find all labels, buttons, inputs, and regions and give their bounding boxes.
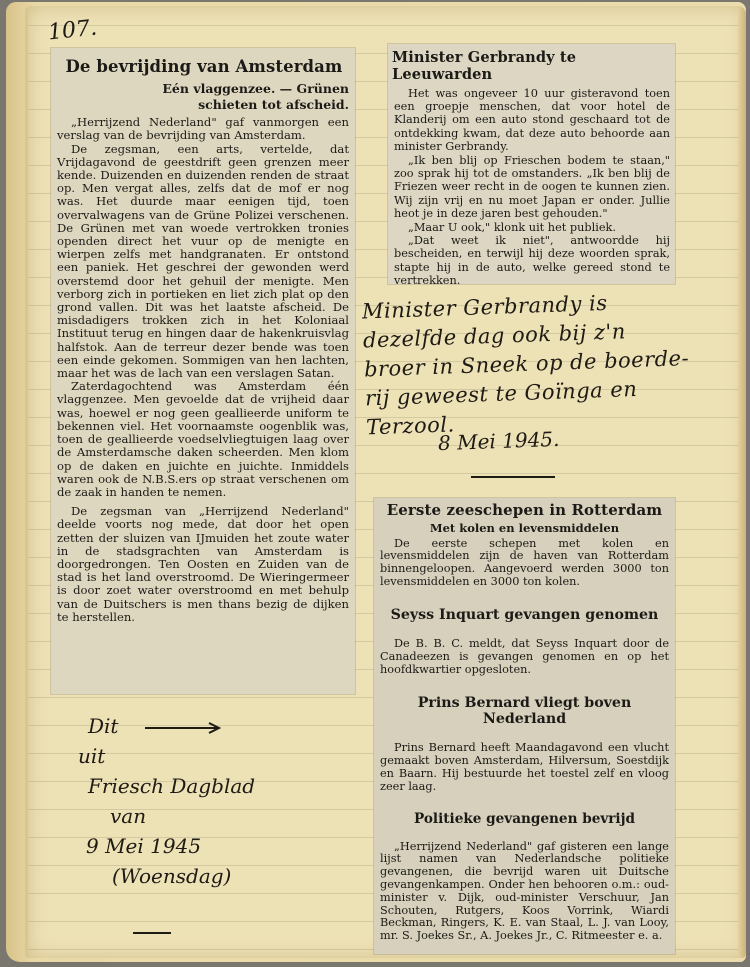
article-title: Seyss Inquart gevangen genomen	[374, 603, 675, 624]
subtitle-line: schieten tot afscheid.	[81, 97, 349, 113]
page-number: 107.	[47, 16, 98, 46]
paragraph: De B. B. C. meldt, dat Seyss Inquart doo…	[380, 638, 669, 676]
source-line: (Woensdag)	[112, 861, 388, 891]
divider	[471, 476, 555, 478]
handwritten-source-note: Dit uit Friesch Dagblad van 9 Mei 1945 (…	[88, 711, 388, 891]
right-arrow-icon	[143, 721, 223, 735]
divider	[133, 932, 171, 934]
article-body: De B. B. C. meldt, dat Seyss Inquart doo…	[374, 638, 675, 676]
source-line: Dit	[88, 711, 388, 741]
paragraph: Zaterdagochtend was Amsterdam één vlagge…	[57, 380, 349, 499]
article-title: Minister Gerbrandy te Leeuwarden	[388, 44, 675, 87]
paragraph: Het was ongeveer 10 uur gisteravond toen…	[394, 87, 670, 154]
article-subtitle: Met kolen en levensmiddelen	[374, 521, 675, 537]
paragraph: „Maar U ook," klonk uit het publiek.	[394, 221, 670, 234]
article-subtitle: Eén vlaggenzee. — Grünen schieten tot af…	[51, 81, 355, 116]
paragraph: „Herrijzend Nederland" gaf gisteren een …	[380, 841, 669, 943]
clipping-news-items: Eerste zeeschepen in Rotterdam Met kolen…	[374, 498, 675, 954]
handwritten-note: Minister Gerbrandy is dezelfde dag ook b…	[362, 287, 679, 443]
article-title: Eerste zeeschepen in Rotterdam	[374, 498, 675, 521]
article-body: „Herrijzend Nederland" gaf vanmorgen een…	[51, 116, 355, 624]
source-line: uit	[78, 741, 388, 771]
article-body: Prins Bernard heeft Maandagavond een vlu…	[374, 742, 675, 793]
article-body: De eerste schepen met kolen en levensmid…	[374, 538, 675, 589]
source-text: Dit	[88, 714, 118, 738]
paragraph: „Dat weet ik niet", antwoordde hij besch…	[394, 234, 670, 288]
paragraph: De eerste schepen met kolen en levensmid…	[380, 538, 669, 589]
paragraph: „Herrijzend Nederland" gaf vanmorgen een…	[57, 116, 349, 142]
article-body: Het was ongeveer 10 uur gisteravond toen…	[388, 87, 675, 288]
notebook-page: 107. De bevrijding van Amsterdam Eén vla…	[28, 6, 746, 958]
subtitle-line: Eén vlaggenzee. — Grünen	[81, 81, 349, 97]
page-edge	[738, 6, 746, 958]
handwritten-date: 8 Mei 1945.	[438, 427, 560, 455]
source-line: Friesch Dagblad	[88, 771, 388, 801]
paragraph: De zegsman, een arts, vertelde, dat Vrij…	[57, 143, 349, 381]
source-line: van	[110, 801, 388, 831]
article-body: „Herrijzend Nederland" gaf gisteren een …	[374, 841, 675, 943]
notebook-page-stack: 107. De bevrijding van Amsterdam Eén vla…	[6, 2, 746, 962]
article-rotterdam: Eerste zeeschepen in Rotterdam Met kolen…	[374, 498, 675, 589]
article-seyss-inquart: Seyss Inquart gevangen genomen De B. B. …	[374, 603, 675, 676]
article-title: Prins Bernard vliegt boven Nederland	[374, 691, 675, 729]
article-prins-bernard: Prins Bernard vliegt boven Nederland Pri…	[374, 691, 675, 794]
article-title: Politieke gevangenen bevrijd	[374, 807, 675, 827]
article-title: De bevrijding van Amsterdam	[51, 48, 355, 81]
clipping-amsterdam-liberation: De bevrijding van Amsterdam Eén vlaggenz…	[51, 48, 355, 694]
paragraph: Prins Bernard heeft Maandagavond een vlu…	[380, 742, 669, 793]
article-political-prisoners: Politieke gevangenen bevrijd „Herrijzend…	[374, 807, 675, 943]
source-line: 9 Mei 1945	[86, 831, 388, 861]
paragraph: „Ik ben blij op Frieschen bodem te staan…	[394, 154, 670, 221]
clipping-gerbrandy-leeuwarden: Minister Gerbrandy te Leeuwarden Het was…	[388, 44, 675, 284]
paragraph: De zegsman van „Herrijzend Nederland" de…	[57, 505, 349, 624]
